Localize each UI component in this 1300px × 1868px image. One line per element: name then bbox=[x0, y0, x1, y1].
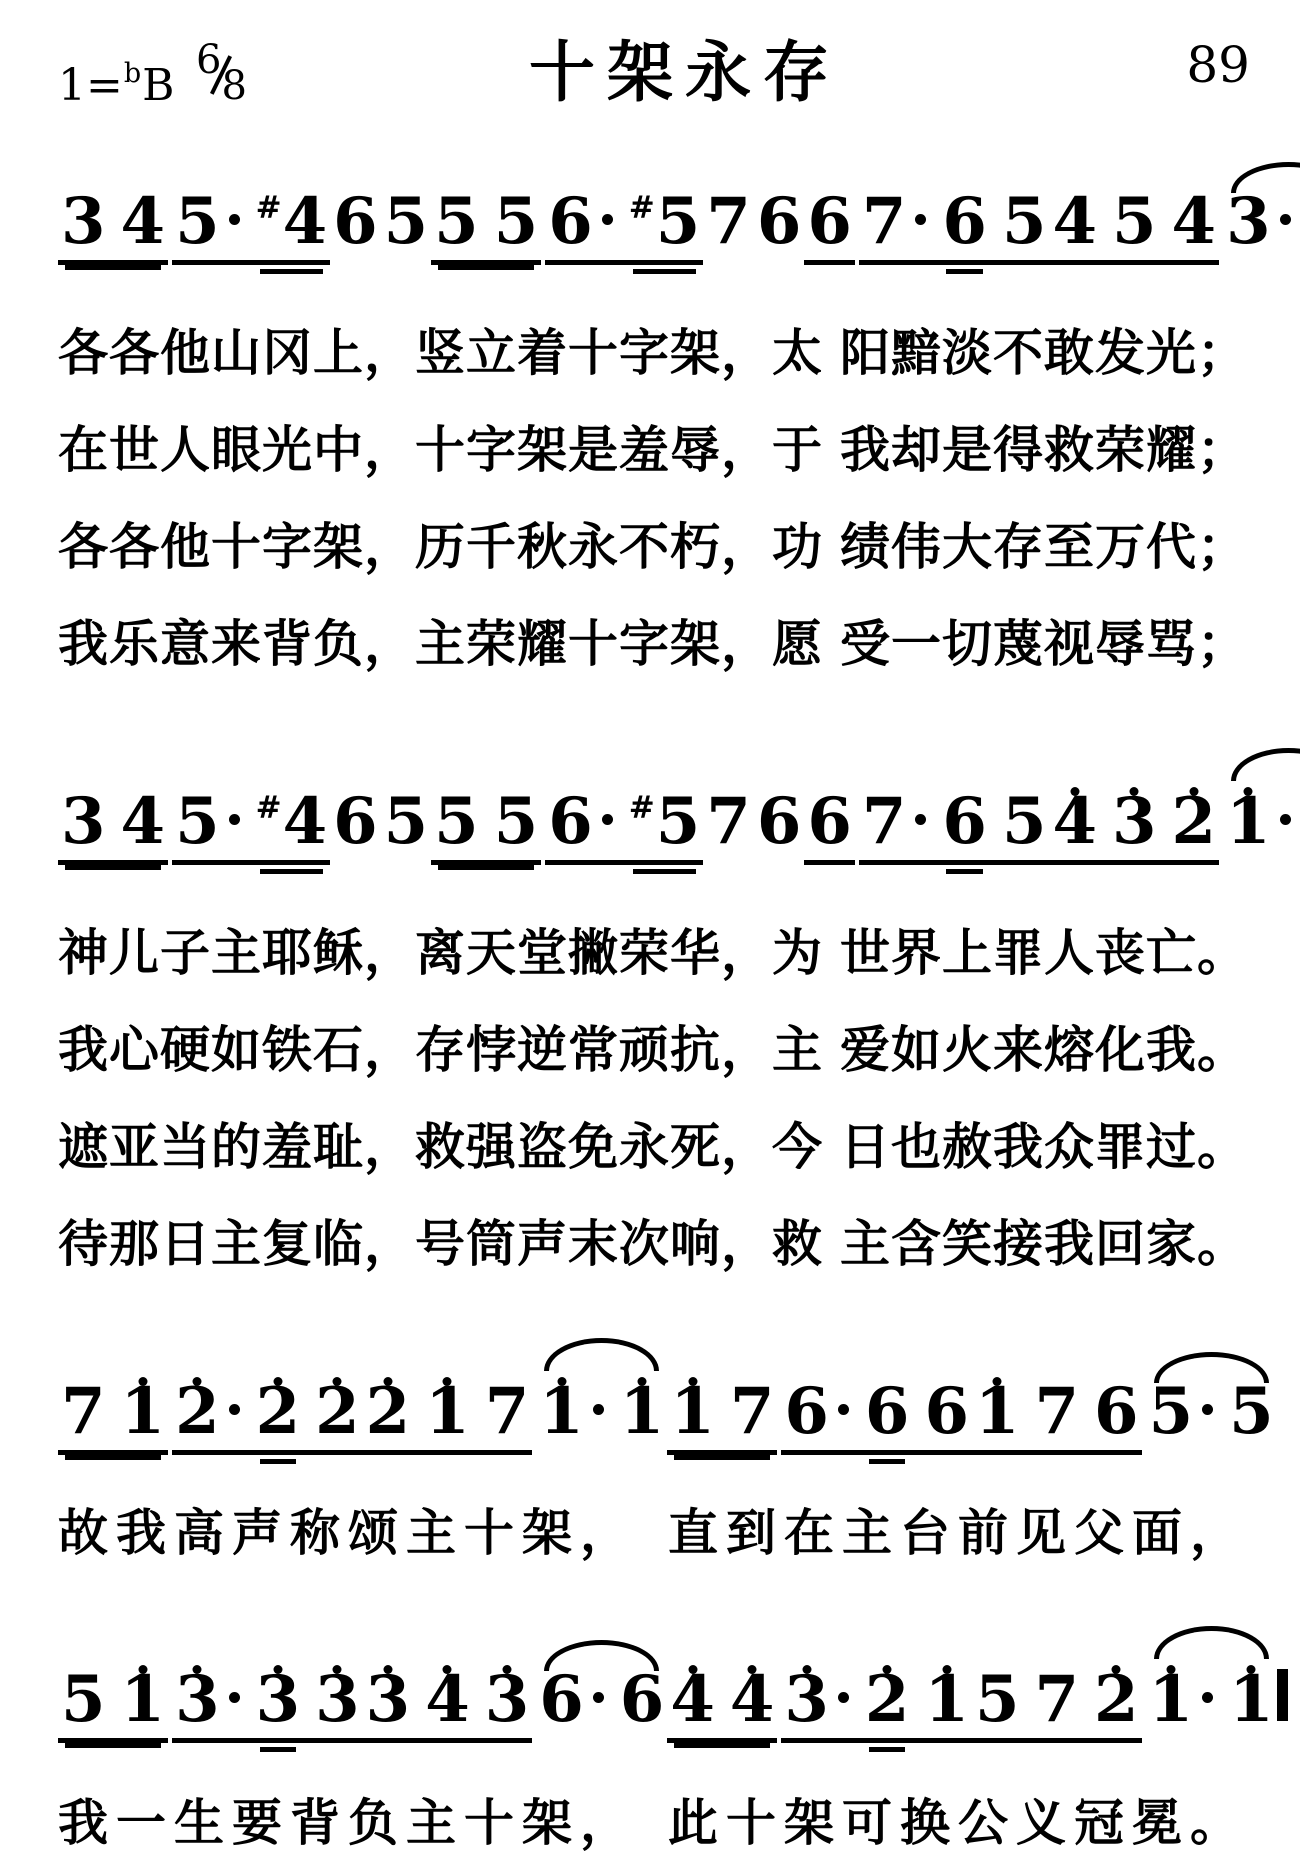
verse2-line3: 遮亚当的羞耻，救强盗免永死，今日也赦我众罪过。 bbox=[58, 1120, 1248, 1175]
note-digit-wrap: 3 bbox=[175, 1668, 220, 1732]
duration-dot bbox=[229, 1404, 240, 1415]
note-3: 3 bbox=[315, 1668, 360, 1732]
note-group: 34 bbox=[58, 190, 168, 265]
note-digit-wrap: 5 bbox=[656, 790, 701, 854]
note-5: 5 bbox=[175, 190, 241, 254]
note-digit-wrap: 1 bbox=[425, 1380, 470, 1444]
verse2-line1: 神儿子主耶稣，离天堂撇荣华，为世界上罪人丧亡。 bbox=[58, 926, 1248, 981]
note-4: #4 bbox=[256, 790, 328, 854]
note-2: 2 bbox=[1094, 1668, 1139, 1732]
note-3: 3 bbox=[784, 1668, 850, 1732]
note-2: 2 bbox=[865, 1668, 910, 1732]
note-digit: 3 bbox=[1226, 184, 1271, 259]
note-digit: 6 bbox=[807, 784, 852, 859]
octave-dot bbox=[333, 1665, 342, 1674]
note-digit: 5 bbox=[1112, 184, 1157, 259]
lyric-segment: 神儿子主耶稣，离天堂撇荣华，为 bbox=[58, 926, 823, 981]
note-digit: 4 bbox=[121, 784, 166, 859]
music-line-4: 51333343664432157211 bbox=[58, 1668, 1250, 1743]
lyric-segment: 各各他十字架，历千秋永不朽，功 bbox=[58, 520, 823, 575]
verse2-line4: 待那日主复临，号筒声末次响，救主含笑接我回家。 bbox=[58, 1217, 1248, 1272]
note-7: 7 bbox=[862, 190, 928, 254]
note-digit: 7 bbox=[862, 184, 907, 259]
note-6: 6 bbox=[333, 190, 378, 254]
duration-dot bbox=[1280, 214, 1291, 225]
note-2: 2 bbox=[256, 1380, 301, 1444]
octave-dot bbox=[383, 1377, 392, 1386]
note-4: 4 bbox=[1172, 190, 1217, 254]
note-digit-wrap: 6 bbox=[757, 190, 802, 254]
note-5: 5 bbox=[1229, 1380, 1274, 1444]
verse1-line4: 我乐意来背负，主荣耀十字架，愿受一切蔑视辱骂； bbox=[58, 617, 1248, 672]
note-digit-wrap: 4 bbox=[283, 190, 328, 254]
note-digit-wrap: 6 bbox=[548, 790, 593, 854]
note-5: #5 bbox=[629, 190, 701, 254]
note-7: 7 bbox=[61, 1380, 106, 1444]
note-digit: 5 bbox=[61, 1662, 106, 1737]
note-digit-wrap: 1 bbox=[924, 1668, 969, 1732]
note-5: 5 bbox=[384, 190, 429, 254]
octave-dot bbox=[1247, 1665, 1256, 1674]
note-1: 1 bbox=[121, 1380, 166, 1444]
note-digit-wrap: 5 bbox=[434, 790, 479, 854]
lyric-segment: 我却是得救荣耀； bbox=[840, 423, 1248, 478]
note-1: 1 bbox=[620, 1380, 665, 1444]
note-digit-wrap: 7 bbox=[61, 1380, 106, 1444]
verse1-line1: 各各他山冈上，竖立着十字架，太阳黯淡不敢发光； bbox=[58, 326, 1248, 381]
octave-dot bbox=[1130, 787, 1139, 796]
octave-dot bbox=[502, 1665, 511, 1674]
octave-dot bbox=[993, 1377, 1002, 1386]
note-6: 6 bbox=[548, 190, 614, 254]
note-3: 3 bbox=[366, 1668, 411, 1732]
octave-dot bbox=[193, 1377, 202, 1386]
note-group: 71 bbox=[58, 1380, 168, 1455]
note-digit: 5 bbox=[1149, 1374, 1194, 1449]
duration-dot bbox=[838, 1692, 849, 1703]
note-group: 6 bbox=[804, 790, 855, 865]
note-4: 4 bbox=[121, 790, 166, 854]
note-group: 6 bbox=[804, 190, 855, 265]
lyric-segment: 直到在主台前见父面， bbox=[668, 1506, 1248, 1561]
note-digit-wrap: 2 bbox=[366, 1380, 411, 1444]
note-group: 217 bbox=[363, 1380, 533, 1455]
note-4: 4 bbox=[670, 1668, 715, 1732]
note-7: 7 bbox=[1035, 1668, 1080, 1732]
note-digit-wrap: 5 bbox=[1149, 1380, 1194, 1444]
music-line-2: 345#465556#576676543211 bbox=[58, 790, 1250, 865]
note-6: 6 bbox=[942, 790, 987, 854]
note-2: 2 bbox=[315, 1380, 360, 1444]
note-6: 6 bbox=[539, 1668, 605, 1732]
note-digit-wrap: 1 bbox=[121, 1380, 166, 1444]
note-digit: 5 bbox=[384, 184, 429, 259]
note-group: 11 bbox=[1223, 790, 1300, 860]
note-digit: 6 bbox=[942, 184, 987, 259]
note-6: 6 bbox=[620, 1668, 665, 1732]
note-digit: 5 bbox=[175, 184, 220, 259]
note-group: 321 bbox=[781, 1668, 972, 1743]
note-digit-wrap: 7 bbox=[706, 790, 751, 854]
note-digit-wrap: 6 bbox=[784, 1380, 829, 1444]
note-digit: 6 bbox=[757, 184, 802, 259]
note-digit-wrap: 6 bbox=[924, 1380, 969, 1444]
note-digit-wrap: 1 bbox=[539, 1380, 584, 1444]
lyric-segment: 世界上罪人丧亡。 bbox=[840, 926, 1248, 981]
octave-dot bbox=[138, 1665, 147, 1674]
octave-dot bbox=[273, 1377, 282, 1386]
note-digit-wrap: 6 bbox=[807, 790, 852, 854]
note-digit-wrap: 4 bbox=[1052, 790, 1097, 854]
lyric-segment: 我乐意来背负，主荣耀十字架，愿 bbox=[58, 617, 823, 672]
sharp-accidental: # bbox=[256, 193, 282, 224]
duration-dot bbox=[593, 1692, 604, 1703]
note-1: 1 bbox=[539, 1380, 605, 1444]
note-digit-wrap: 6 bbox=[333, 790, 378, 854]
octave-dot bbox=[273, 1665, 282, 1674]
octave-dot bbox=[193, 1665, 202, 1674]
verse2-line2: 我心硬如铁石，存悖逆常顽抗，主爱如火来熔化我。 bbox=[58, 1023, 1248, 1078]
note-digit: 7 bbox=[862, 784, 907, 859]
note-digit-wrap: 2 bbox=[865, 1668, 910, 1732]
note-1: 1 bbox=[1226, 790, 1292, 854]
note-7: 7 bbox=[706, 790, 751, 854]
note-digit: 4 bbox=[283, 184, 328, 259]
note-digit-wrap: 2 bbox=[1094, 1668, 1139, 1732]
note-1: 1 bbox=[425, 1380, 470, 1444]
note-5: 5 bbox=[434, 790, 479, 854]
note-digit-wrap: 5 bbox=[494, 190, 539, 254]
note-group: 5#4 bbox=[172, 190, 330, 265]
note-7: 7 bbox=[730, 1380, 775, 1444]
music-line-1: 345#465556#576676545433 bbox=[58, 190, 1250, 265]
duration-dot bbox=[1202, 1692, 1213, 1703]
note-6: 6 bbox=[784, 1380, 850, 1444]
note-digit: 6 bbox=[865, 1374, 910, 1449]
note-digit-wrap: 5 bbox=[656, 190, 701, 254]
note-digit-wrap: 5 bbox=[1002, 190, 1047, 254]
note-group: 572 bbox=[972, 1668, 1142, 1743]
note-digit-wrap: 6 bbox=[548, 190, 593, 254]
note-6: 6 bbox=[924, 1380, 969, 1444]
verse1-line2: 在世人眼光中，十字架是羞辱，于我却是得救荣耀； bbox=[58, 423, 1248, 478]
note-digit: 7 bbox=[61, 1374, 106, 1449]
chorus-line1: 故我高声称颂主十架，直到在主台前见父面， bbox=[58, 1506, 1248, 1561]
lyric-segment: 日也赦我众罪过。 bbox=[840, 1120, 1248, 1175]
note-6: 6 bbox=[757, 190, 802, 254]
note-group: 7 bbox=[703, 790, 754, 860]
octave-dot bbox=[748, 1665, 757, 1674]
note-2: 2 bbox=[366, 1380, 411, 1444]
note-6: 6 bbox=[807, 790, 852, 854]
lyric-segment: 遮亚当的羞耻，救强盗免永死，今 bbox=[58, 1120, 823, 1175]
note-digit-wrap: 3 bbox=[61, 790, 106, 854]
note-5: 5 bbox=[494, 190, 539, 254]
duration-dot bbox=[1202, 1404, 1213, 1415]
note-digit-wrap: 1 bbox=[670, 1380, 715, 1444]
note-group: 454 bbox=[1049, 190, 1219, 265]
note-group: 5 bbox=[381, 790, 432, 860]
note-group: 222 bbox=[172, 1380, 363, 1455]
note-4: 4 bbox=[730, 1668, 775, 1732]
note-digit: 5 bbox=[975, 1662, 1020, 1737]
note-group: 432 bbox=[1049, 790, 1219, 865]
note-digit-wrap: 7 bbox=[862, 190, 907, 254]
note-digit: 6 bbox=[784, 1374, 829, 1449]
note-2: 2 bbox=[175, 1380, 241, 1444]
page-title: 十架永存 bbox=[35, 36, 1300, 109]
note-5: 5 bbox=[384, 790, 429, 854]
note-digit: 7 bbox=[706, 184, 751, 259]
lyric-segment: 故我高声称颂主十架， bbox=[58, 1506, 638, 1561]
note-digit: 5 bbox=[434, 784, 479, 859]
note-digit: 5 bbox=[175, 784, 220, 859]
note-1: 1 bbox=[924, 1668, 969, 1732]
octave-dot bbox=[1189, 787, 1198, 796]
note-digit-wrap: 4 bbox=[1172, 190, 1217, 254]
hymn-sheet-page: 1=bB 68 十架永存 89 345#465556#576676545433 … bbox=[0, 0, 1300, 1868]
note-group: 55 bbox=[431, 790, 541, 865]
note-digit: 7 bbox=[1035, 1374, 1080, 1449]
octave-dot bbox=[942, 1665, 951, 1674]
note-digit-wrap: 3 bbox=[61, 190, 106, 254]
note-digit-wrap: 3 bbox=[366, 1668, 411, 1732]
tie-arc bbox=[1154, 1626, 1269, 1659]
note-4: 4 bbox=[425, 1668, 470, 1732]
final-double-barline bbox=[1277, 1669, 1288, 1721]
note-digit-wrap: 1 bbox=[975, 1380, 1020, 1444]
note-digit-wrap: 2 bbox=[256, 1380, 301, 1444]
note-digit: 5 bbox=[1229, 1374, 1274, 1449]
note-digit-wrap: 6 bbox=[942, 790, 987, 854]
note-3: 3 bbox=[61, 790, 106, 854]
octave-dot bbox=[1244, 787, 1253, 796]
note-5: 5 bbox=[494, 790, 539, 854]
octave-dot bbox=[443, 1377, 452, 1386]
note-group: 34 bbox=[58, 790, 168, 865]
lyric-segment: 各各他山冈上，竖立着十字架，太 bbox=[58, 326, 823, 381]
note-digit-wrap: 5 bbox=[175, 790, 220, 854]
note-digit-wrap: 6 bbox=[757, 790, 802, 854]
note-digit-wrap: 7 bbox=[862, 790, 907, 854]
note-5: #5 bbox=[629, 790, 701, 854]
note-1: 1 bbox=[975, 1380, 1020, 1444]
note-digit-wrap: 6 bbox=[865, 1380, 910, 1444]
note-digit-wrap: 1 bbox=[1226, 790, 1271, 854]
octave-dot bbox=[638, 1377, 647, 1386]
note-6: 6 bbox=[865, 1380, 910, 1444]
note-digit-wrap: 6 bbox=[539, 1668, 584, 1732]
note-digit-wrap: 3 bbox=[315, 1668, 360, 1732]
note-digit-wrap: 5 bbox=[61, 1668, 106, 1732]
note-digit: 4 bbox=[121, 184, 166, 259]
note-digit-wrap: 4 bbox=[670, 1668, 715, 1732]
note-7: 7 bbox=[862, 790, 928, 854]
note-digit: 3 bbox=[61, 184, 106, 259]
sharp-accidental: # bbox=[629, 793, 655, 824]
note-group: 51 bbox=[58, 1668, 168, 1743]
note-digit-wrap: 4 bbox=[730, 1668, 775, 1732]
duration-dot bbox=[838, 1404, 849, 1415]
note-5: 5 bbox=[61, 1668, 106, 1732]
note-group: 176 bbox=[972, 1380, 1142, 1455]
octave-dot bbox=[443, 1665, 452, 1674]
note-5: 5 bbox=[1002, 190, 1047, 254]
note-digit: 5 bbox=[494, 784, 539, 859]
note-6: 6 bbox=[757, 790, 802, 854]
note-group: 6 bbox=[330, 790, 381, 860]
note-4: 4 bbox=[121, 190, 166, 254]
note-group: 33 bbox=[1223, 190, 1300, 260]
lyric-segment: 我一生要背负主十架， bbox=[58, 1796, 638, 1851]
note-3: 3 bbox=[175, 1668, 241, 1732]
note-digit-wrap: 3 bbox=[1112, 790, 1157, 854]
page-number: 89 bbox=[1186, 40, 1250, 90]
note-digit: 6 bbox=[539, 1662, 584, 1737]
lyric-segment: 待那日主复临，号筒声末次响，救 bbox=[58, 1217, 823, 1272]
note-digit-wrap: 5 bbox=[434, 190, 479, 254]
note-digit-wrap: 4 bbox=[121, 790, 166, 854]
note-digit-wrap: 4 bbox=[425, 1668, 470, 1732]
octave-dot bbox=[383, 1665, 392, 1674]
note-digit-wrap: 7 bbox=[706, 190, 751, 254]
note-6: 6 bbox=[548, 790, 614, 854]
note-1: 1 bbox=[1229, 1668, 1274, 1732]
note-group: 11 bbox=[1146, 1668, 1277, 1738]
note-digit-wrap: 3 bbox=[485, 1668, 530, 1732]
note-digit: 7 bbox=[485, 1374, 530, 1449]
note-6: 6 bbox=[1094, 1380, 1139, 1444]
octave-dot bbox=[557, 1377, 566, 1386]
note-7: 7 bbox=[706, 190, 751, 254]
note-digit: 5 bbox=[1002, 184, 1047, 259]
note-6: 6 bbox=[942, 190, 987, 254]
note-digit-wrap: 6 bbox=[807, 190, 852, 254]
note-7: 7 bbox=[1035, 1380, 1080, 1444]
note-digit-wrap: 3 bbox=[256, 1668, 301, 1732]
note-digit-wrap: 2 bbox=[1172, 790, 1217, 854]
note-digit: 4 bbox=[283, 784, 328, 859]
note-5: 5 bbox=[975, 1668, 1020, 1732]
note-digit: 6 bbox=[333, 784, 378, 859]
note-digit-wrap: 7 bbox=[485, 1380, 530, 1444]
note-group: 333 bbox=[172, 1668, 363, 1743]
note-2: 2 bbox=[1172, 790, 1217, 854]
octave-dot bbox=[802, 1665, 811, 1674]
note-group: 6#5 bbox=[545, 790, 703, 865]
duration-dot bbox=[229, 1692, 240, 1703]
duration-dot bbox=[229, 214, 240, 225]
octave-dot bbox=[688, 1377, 697, 1386]
note-4: 4 bbox=[1052, 190, 1097, 254]
note-6: 6 bbox=[807, 190, 852, 254]
octave-dot bbox=[138, 1377, 147, 1386]
note-digit: 7 bbox=[706, 784, 751, 859]
octave-dot bbox=[688, 1665, 697, 1674]
lyric-segment: 阳黯淡不敢发光； bbox=[840, 326, 1248, 381]
note-5: 5 bbox=[1112, 190, 1157, 254]
note-digit: 5 bbox=[494, 184, 539, 259]
note-digit: 6 bbox=[757, 784, 802, 859]
octave-dot bbox=[333, 1377, 342, 1386]
note-digit-wrap: 1 bbox=[620, 1380, 665, 1444]
lyric-segment: 绩伟大存至万代； bbox=[840, 520, 1248, 575]
note-digit-wrap: 5 bbox=[384, 190, 429, 254]
duration-dot bbox=[593, 1404, 604, 1415]
octave-dot bbox=[1070, 787, 1079, 796]
note-group: 55 bbox=[1146, 1380, 1277, 1450]
note-digit: 4 bbox=[1172, 184, 1217, 259]
note-group: 17 bbox=[667, 1380, 777, 1455]
note-group: 6 bbox=[754, 190, 805, 260]
lyric-segment: 此十架可换公义冠冕。 bbox=[668, 1796, 1248, 1851]
octave-dot bbox=[883, 1665, 892, 1674]
note-group: 44 bbox=[667, 1668, 777, 1743]
lyric-segment: 在世人眼光中，十字架是羞辱，于 bbox=[58, 423, 823, 478]
note-digit: 6 bbox=[333, 184, 378, 259]
note-digit: 3 bbox=[61, 784, 106, 859]
note-digit: 6 bbox=[942, 784, 987, 859]
note-digit-wrap: 4 bbox=[121, 190, 166, 254]
tie-arc bbox=[1231, 748, 1300, 781]
note-digit-wrap: 7 bbox=[1035, 1668, 1080, 1732]
note-group: 6#5 bbox=[545, 190, 703, 265]
verse1-line3: 各各他十字架，历千秋永不朽，功绩伟大存至万代； bbox=[58, 520, 1248, 575]
lyric-segment: 受一切蔑视辱骂； bbox=[840, 617, 1248, 672]
note-digit: 7 bbox=[1035, 1662, 1080, 1737]
note-3: 3 bbox=[1226, 190, 1292, 254]
note-group: 666 bbox=[781, 1380, 972, 1455]
note-group: 6 bbox=[754, 790, 805, 860]
note-digit-wrap: 5 bbox=[975, 1668, 1020, 1732]
note-digit: 4 bbox=[1052, 184, 1097, 259]
note-digit-wrap: 5 bbox=[1229, 1380, 1274, 1444]
octave-dot bbox=[1166, 1665, 1175, 1674]
octave-dot bbox=[1112, 1665, 1121, 1674]
duration-dot bbox=[602, 814, 613, 825]
note-3: 3 bbox=[256, 1668, 301, 1732]
note-1: 1 bbox=[670, 1380, 715, 1444]
note-digit-wrap: 6 bbox=[620, 1668, 665, 1732]
note-5: 5 bbox=[1149, 1380, 1215, 1444]
note-digit: 5 bbox=[656, 784, 701, 859]
note-digit: 5 bbox=[434, 184, 479, 259]
note-digit: 6 bbox=[548, 784, 593, 859]
note-1: 1 bbox=[121, 1668, 166, 1732]
note-group: 66 bbox=[536, 1668, 667, 1738]
note-3: 3 bbox=[1112, 790, 1157, 854]
lyric-segment: 我心硬如铁石，存悖逆常顽抗，主 bbox=[58, 1023, 823, 1078]
note-digit: 6 bbox=[924, 1374, 969, 1449]
note-digit-wrap: 7 bbox=[730, 1380, 775, 1444]
note-digit-wrap: 4 bbox=[283, 790, 328, 854]
tie-arc bbox=[544, 1338, 659, 1371]
note-digit-wrap: 6 bbox=[1094, 1380, 1139, 1444]
note-digit: 5 bbox=[384, 784, 429, 859]
note-4: 4 bbox=[1052, 790, 1097, 854]
note-5: 5 bbox=[175, 790, 241, 854]
music-line-3: 71222217111766617655 bbox=[58, 1380, 1250, 1455]
note-digit-wrap: 2 bbox=[175, 1380, 220, 1444]
note-group: 5 bbox=[381, 190, 432, 260]
note-5: 5 bbox=[1002, 790, 1047, 854]
note-6: 6 bbox=[333, 790, 378, 854]
note-digit-wrap: 5 bbox=[1002, 790, 1047, 854]
note-5: 5 bbox=[434, 190, 479, 254]
note-digit: 6 bbox=[620, 1662, 665, 1737]
note-3: 3 bbox=[485, 1668, 530, 1732]
note-digit-wrap: 5 bbox=[494, 790, 539, 854]
